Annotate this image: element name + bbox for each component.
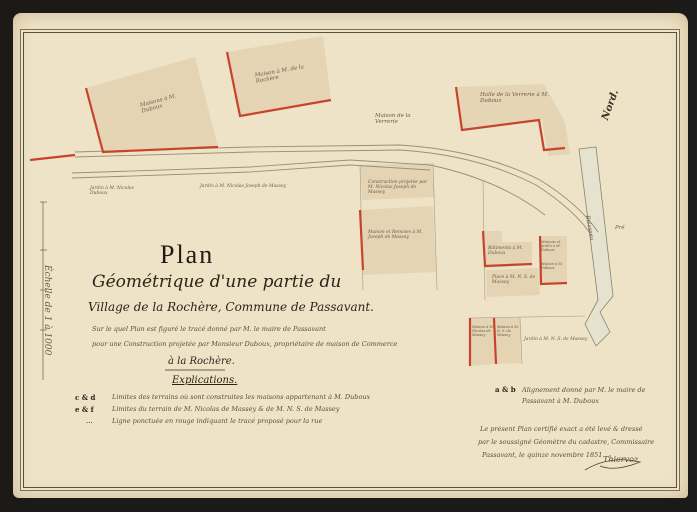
location-line: à la Rochère. [168, 356, 235, 367]
label-halle-verrerie: Halle de la Verrerie à M. Duboux [480, 92, 555, 104]
label-batiments-duboux: Bâtiments à M. Duboux [488, 246, 530, 256]
label-place: Place à M. N. S. de Massey [492, 275, 536, 285]
explanation-text-1: Limites des terrains où sont construites… [112, 393, 370, 401]
label-maison-verrerie: Maison de la Verrerie [375, 113, 435, 125]
description-line-2: pour une Construction projetée par Monsi… [92, 340, 397, 348]
label-construction-projetee: Construction projetée par M. Nicolas Jos… [368, 180, 432, 195]
explanation-text-2: Limites du terrain de M. Nicolas de Mass… [112, 405, 339, 413]
label-jardin-duboux: Jardin à M. Nicolas Duboux [90, 186, 140, 196]
label-maison-remises: Maison et Remises à M. Joseph de Massey [368, 230, 432, 240]
label-maison-ns: Maison à M. N. S. de Massey [497, 325, 519, 337]
map-subtitle: Géométrique d'une partie du [92, 272, 341, 292]
explanations-heading: Explications. [172, 375, 237, 386]
explanation-code-2: e & f [75, 405, 94, 414]
alignment-text: Alignement donné par M. le maire de Pass… [522, 385, 662, 407]
explanation-code-3: ... [86, 417, 93, 425]
certification-line-1: Le présent Plan certifié exact a été lev… [480, 425, 643, 433]
certification-line-3: Passavant, le quinze novembre 1851 [482, 451, 602, 459]
label-maisons-jardin: Maisons et Jardin à M. Duboux [541, 240, 567, 252]
label-maison-nicolas: Maison à M. Nicolas de Massey [472, 325, 494, 337]
description-line-1: Sur le quel Plan est figuré le tracé don… [92, 325, 326, 333]
explanation-text-3: Ligne ponctuée en rouge indiquant le tra… [112, 417, 322, 425]
explanation-code-1: c & d [75, 393, 95, 402]
label-pre: Pré [615, 225, 625, 231]
map-title: Plan [160, 240, 214, 270]
map-drawing [0, 0, 697, 512]
label-maison-duboux: Maison à M. Duboux [541, 262, 567, 270]
parcel-maison-remises [360, 206, 436, 275]
label-jardin-nj-massey: Jardin à M. Nicolas Joseph de Massey [200, 184, 286, 189]
certification-line-2: par le soussigné Géomètre du cadastre, C… [478, 438, 654, 446]
signature: Thiervoz [603, 455, 638, 464]
alignment-code: a & b [495, 385, 516, 394]
label-jardin-ns-massey: Jardin à M. N. S. de Massey [524, 337, 587, 342]
village-line: Village de la Rochère, Commune de Passav… [88, 300, 374, 314]
scale-label: Échelle de 1 à 1000 [42, 265, 52, 355]
